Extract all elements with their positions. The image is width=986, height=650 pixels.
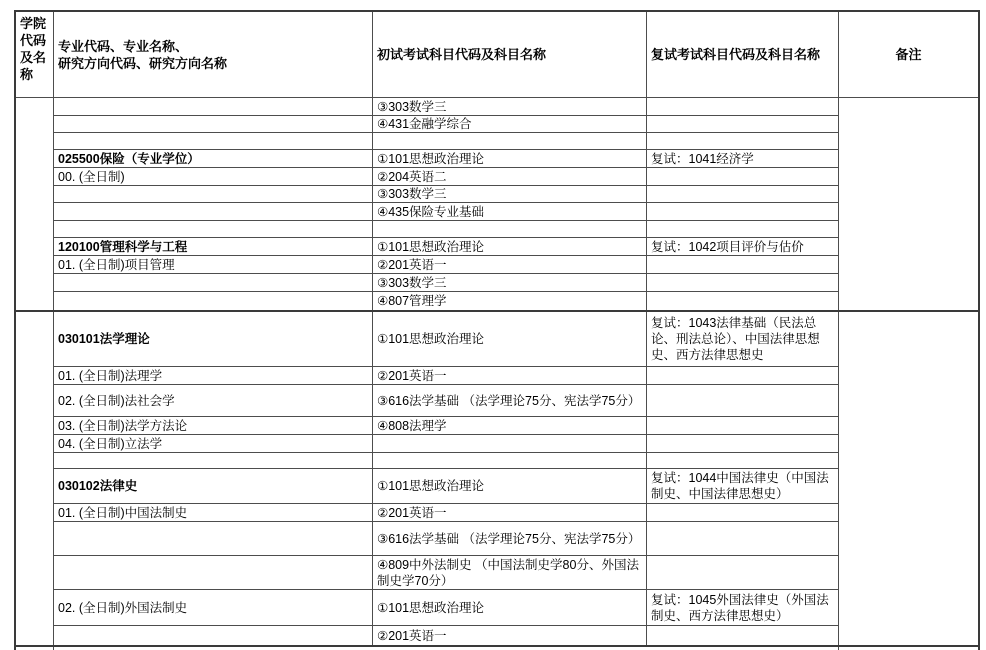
major-cell (54, 292, 373, 310)
remarks-cell (838, 312, 978, 645)
retest-cell (647, 435, 838, 452)
major-cell: 025500保险（专业学位） (54, 150, 373, 167)
table-row: ③616法学基础 （法学理论75分、宪法学75分） (54, 522, 838, 556)
retest-cell (647, 367, 838, 384)
table-row: ④435保险专业基础 (54, 203, 838, 221)
table-row: ③303数学三 (54, 186, 838, 203)
table-row (54, 133, 838, 150)
major-cell: 01. (全日制)法理学 (54, 367, 373, 384)
major-cell: 030101法学理论 (54, 312, 373, 366)
major-cell (54, 98, 373, 115)
exam-cell: ③616法学基础 （法学理论75分、宪法学75分） (373, 385, 647, 416)
retest-cell (647, 168, 838, 185)
exam-cell: ②201英语一 (373, 626, 647, 645)
exam-cell (373, 435, 647, 452)
exam-cell: ②201英语一 (373, 256, 647, 273)
table-row: ②201英语一 (54, 626, 838, 645)
table-row: ④431金融学综合 (54, 116, 838, 133)
major-cell: 120100管理科学与工程 (54, 238, 373, 255)
exam-cell: ④808法理学 (373, 417, 647, 434)
exam-cell: ②201英语一 (373, 504, 647, 521)
major-cell (54, 556, 373, 589)
college-code-cell (16, 312, 54, 645)
exam-cell: ①101思想政治理论 (373, 150, 647, 167)
table-row: 02. (全日制)法社会学 ③616法学基础 （法学理论75分、宪法学75分） (54, 385, 838, 417)
table-row: 03. (全日制)法学方法论 ④808法理学 (54, 417, 838, 435)
remarks-cell (838, 98, 978, 310)
exam-cell: ①101思想政治理论 (373, 590, 647, 625)
section-rows: 030101法学理论 ①101思想政治理论 复试：1043法律基础（民法总论、刑… (54, 312, 838, 645)
admissions-subject-table: 学院代码及名称 专业代码、专业名称、 研究方向代码、研究方向名称 初试考试科目代… (14, 10, 980, 650)
exam-cell: ②201英语一 (373, 367, 647, 384)
retest-cell (647, 256, 838, 273)
exam-cell: ④435保险专业基础 (373, 203, 647, 220)
major-cell: 03. (全日制)法学方法论 (54, 417, 373, 434)
exam-cell (373, 133, 647, 149)
table-row: 01. (全日制)法理学 ②201英语一 (54, 367, 838, 385)
exam-cell: ③303数学三 (373, 186, 647, 202)
table-row: 120100管理科学与工程 ①101思想政治理论 复试：1042项目评价与估价 (54, 238, 838, 256)
retest-cell: 复试：1044中国法律史（中国法制史、中国法律思想史） (647, 469, 838, 503)
major-cell (54, 116, 373, 132)
retest-cell (647, 522, 838, 555)
page: { "header": { "college": "学院代码及名称", "maj… (0, 0, 986, 650)
major-cell (54, 133, 373, 149)
retest-cell (647, 556, 838, 589)
table-row: 030102法律史 ①101思想政治理论 复试：1044中国法律史（中国法制史、… (54, 469, 838, 504)
retest-cell (647, 626, 838, 645)
table-row: 04. (全日制)立法学 (54, 435, 838, 453)
exam-cell: ①101思想政治理论 (373, 312, 647, 366)
retest-cell (647, 98, 838, 115)
major-cell (54, 274, 373, 291)
table-row: ④809中外法制史 （中国法制史学80分、外国法制史学70分） (54, 556, 838, 590)
exam-cell: ①101思想政治理论 (373, 469, 647, 503)
table-row (54, 453, 838, 469)
major-cell (54, 203, 373, 220)
major-cell (54, 453, 373, 468)
major-cell: 02. (全日制)外国法制史 (54, 590, 373, 625)
header-cell-remarks: 备注 (838, 12, 978, 97)
retest-cell (647, 116, 838, 132)
major-cell: 01. (全日制)项目管理 (54, 256, 373, 273)
college-section-block: 030101法学理论 ①101思想政治理论 复试：1043法律基础（民法总论、刑… (16, 310, 978, 645)
retest-cell (647, 133, 838, 149)
major-cell (54, 221, 373, 237)
header-cell-initial-exam: 初试考试科目代码及科目名称 (373, 12, 647, 97)
table-row: ④807管理学 (54, 292, 838, 310)
major-cell (54, 186, 373, 202)
exam-cell: ③616法学基础 （法学理论75分、宪法学75分） (373, 522, 647, 555)
table-row: 00. (全日制) ②204英语二 (54, 168, 838, 186)
table-row: ③303数学三 (54, 98, 838, 116)
section-rows: ③303数学三 ④431金融学综合 025500保险（专业学位） ①101思想政… (54, 98, 838, 310)
exam-cell: ③303数学三 (373, 98, 647, 115)
retest-cell (647, 417, 838, 434)
header-cell-retest-exam: 复试考试科目代码及科目名称 (647, 12, 838, 97)
retest-cell: 复试：1041经济学 (647, 150, 838, 167)
retest-cell (647, 221, 838, 237)
exam-cell: ④807管理学 (373, 292, 647, 310)
retest-cell (647, 385, 838, 416)
exam-cell (373, 221, 647, 237)
table-row: 01. (全日制)中国法制史 ②201英语一 (54, 504, 838, 522)
table-header: 学院代码及名称 专业代码、专业名称、 研究方向代码、研究方向名称 初试考试科目代… (16, 12, 978, 98)
table-row: 02. (全日制)外国法制史 ①101思想政治理论 复试：1045外国法律史（外… (54, 590, 838, 626)
major-cell: 02. (全日制)法社会学 (54, 385, 373, 416)
exam-cell: ③303数学三 (373, 274, 647, 291)
college-code-cell (16, 98, 54, 310)
major-cell: 00. (全日制) (54, 168, 373, 185)
major-cell (54, 522, 373, 555)
exam-cell: ①101思想政治理论 (373, 238, 647, 255)
table-row: 030101法学理论 ①101思想政治理论 复试：1043法律基础（民法总论、刑… (54, 312, 838, 367)
college-section-block: ③303数学三 ④431金融学综合 025500保险（专业学位） ①101思想政… (16, 98, 978, 310)
retest-cell: 复试：1045外国法律史（外国法制史、西方法律思想史） (647, 590, 838, 625)
table-row: 025500保险（专业学位） ①101思想政治理论 复试：1041经济学 (54, 150, 838, 168)
retest-cell (647, 186, 838, 202)
retest-cell: 复试：1043法律基础（民法总论、刑法总论）、中国法律思想史、西方法律思想史 (647, 312, 838, 366)
cutoff-section-strip (16, 645, 978, 650)
major-cell: 04. (全日制)立法学 (54, 435, 373, 452)
retest-cell (647, 504, 838, 521)
table-row: ③303数学三 (54, 274, 838, 292)
exam-cell: ②204英语二 (373, 168, 647, 185)
exam-cell: ④809中外法制史 （中国法制史学80分、外国法制史学70分） (373, 556, 647, 589)
exam-cell: ④431金融学综合 (373, 116, 647, 132)
major-cell (54, 626, 373, 645)
retest-cell (647, 274, 838, 291)
retest-cell (647, 292, 838, 310)
table-row: 01. (全日制)项目管理 ②201英语一 (54, 256, 838, 274)
retest-cell (647, 453, 838, 468)
retest-cell (647, 203, 838, 220)
exam-cell (373, 453, 647, 468)
major-cell: 030102法律史 (54, 469, 373, 503)
major-cell: 01. (全日制)中国法制史 (54, 504, 373, 521)
table-row (54, 221, 838, 238)
retest-cell: 复试：1042项目评价与估价 (647, 238, 838, 255)
header-cell-college-code: 学院代码及名称 (16, 12, 54, 97)
header-cell-major-code: 专业代码、专业名称、 研究方向代码、研究方向名称 (54, 12, 373, 97)
